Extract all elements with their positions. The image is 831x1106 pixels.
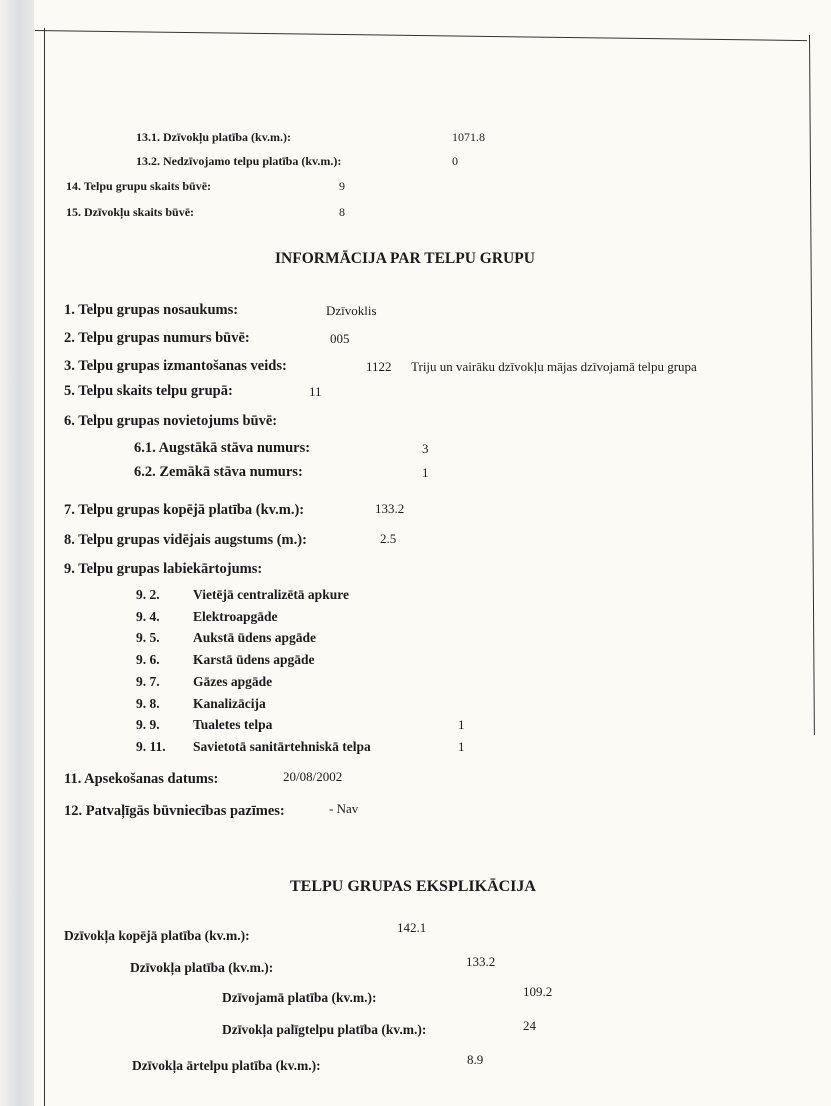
field-label: 2. Telpu grupas numurs būvē: xyxy=(64,330,250,346)
field-value: 142.1 xyxy=(397,920,426,936)
field-12: 12. Patvaļīgās būvniecības pazīmes: - Na… xyxy=(64,803,285,820)
amenity-item: 9. 11.Savietotā sanitārtehniskā telpa1 xyxy=(136,739,371,755)
amenity-number: 9. 9. xyxy=(136,717,193,733)
field-value: 8 xyxy=(339,205,345,220)
amenity-label: Savietotā sanitārtehniskā telpa xyxy=(193,739,371,754)
field-label: 6.1. Augstākā stāva numurs: xyxy=(134,440,310,456)
field-label: Dzīvokļa platība (kv.m.): xyxy=(130,960,273,975)
field-value: 20/08/2002 xyxy=(283,769,342,785)
field-7: 7. Telpu grupas kopējā platība (kv.m.): … xyxy=(64,502,304,519)
field-value: 1 xyxy=(422,465,429,481)
field-label: 12. Patvaļīgās būvniecības pazīmes: xyxy=(64,803,285,819)
amenity-label: Gāzes apgāde xyxy=(193,674,272,689)
amenity-number: 9. 7. xyxy=(136,674,193,690)
amenity-label: Elektroapgāde xyxy=(193,609,278,624)
field-6-1: 6.1. Augstākā stāva numurs: 3 xyxy=(134,440,310,457)
amenity-item: 9. 4.Elektroapgāde xyxy=(136,609,278,625)
field-6: 6. Telpu grupas novietojums būvē: xyxy=(64,413,277,430)
amenity-item: 9. 9.Tualetes telpa1 xyxy=(136,717,272,733)
amenity-item: 9. 5.Aukstā ūdens apgāde xyxy=(136,630,316,646)
field-14: 14. Telpu grupu skaits būvē: 9 xyxy=(66,179,211,194)
field-auxiliary-area: Dzīvokļa palīgtelpu platība (kv.m.): 24 xyxy=(222,1022,426,1038)
amenity-number: 9. 11. xyxy=(136,739,193,755)
amenity-number: 9. 5. xyxy=(136,630,193,646)
field-5: 5. Telpu skaits telpu grupā: 11 xyxy=(64,383,233,400)
field-label: 14. Telpu grupu skaits būvē: xyxy=(66,179,211,193)
amenity-count: 1 xyxy=(458,739,465,755)
amenity-number: 9. 4. xyxy=(136,609,193,625)
field-label: 7. Telpu grupas kopējā platība (kv.m.): xyxy=(64,502,304,518)
amenity-number: 9. 8. xyxy=(136,696,193,712)
field-3: 3. Telpu grupas izmantošanas veids: 1122… xyxy=(64,358,287,375)
field-label: Dzīvokļa ārtelpu platība (kv.m.): xyxy=(132,1058,321,1073)
field-9: 9. Telpu grupas labiekārtojums: xyxy=(64,561,262,578)
field-label: 13.2. Nedzīvojamo telpu platība (kv.m.): xyxy=(136,154,341,168)
amenity-label: Vietējā centralizētā apkure xyxy=(193,587,349,602)
field-label: 9. Telpu grupas labiekārtojums: xyxy=(64,561,262,577)
amenity-count: 1 xyxy=(458,717,465,733)
amenity-number: 9. 6. xyxy=(136,652,193,668)
field-value: 133.2 xyxy=(466,954,495,970)
scan-edge xyxy=(0,0,34,1106)
field-13-1: 13.1. Dzīvokļu platība (kv.m.): 1071.8 xyxy=(136,130,291,145)
page-frame-left xyxy=(44,28,45,1106)
field-value: 133.2 xyxy=(375,501,404,517)
field-1: 1. Telpu grupas nosaukums: Dzīvoklis xyxy=(64,302,238,319)
amenity-item: 9. 6.Karstā ūdens apgāde xyxy=(136,652,315,668)
amenity-item: 9. 7.Gāzes apgāde xyxy=(136,674,272,690)
amenity-label: Aukstā ūdens apgāde xyxy=(193,630,316,645)
amenity-number: 9. 2. xyxy=(136,587,193,603)
field-value: 3 xyxy=(422,441,429,457)
field-label: Dzīvokļa kopējā platība (kv.m.): xyxy=(64,928,250,943)
field-value: Dzīvoklis xyxy=(326,303,377,319)
field-value: Triju un vairāku dzīvokļu mājas dzīvojam… xyxy=(411,359,697,375)
field-8: 8. Telpu grupas vidējais augstums (m.): … xyxy=(64,532,307,549)
field-label: 6. Telpu grupas novietojums būvē: xyxy=(64,413,277,429)
field-value: 005 xyxy=(330,331,350,347)
field-label: 5. Telpu skaits telpu grupā: xyxy=(64,383,233,399)
field-2: 2. Telpu grupas numurs būvē: 005 xyxy=(64,330,250,347)
amenity-label: Kanalizācija xyxy=(193,696,266,711)
field-label: 13.1. Dzīvokļu platība (kv.m.): xyxy=(136,130,291,144)
field-value: 109.2 xyxy=(523,984,552,1000)
field-label: Dzīvokļa palīgtelpu platība (kv.m.): xyxy=(222,1022,426,1037)
amenity-item: 9. 2.Vietējā centralizētā apkure xyxy=(136,587,349,603)
section-heading-group-info: INFORMĀCIJA PAR TELPU GRUPU xyxy=(275,250,535,268)
field-label: 8. Telpu grupas vidējais augstums (m.): xyxy=(64,532,307,548)
field-label: 15. Dzīvokļu skaits būvē: xyxy=(66,205,194,219)
field-13-2: 13.2. Nedzīvojamo telpu platība (kv.m.):… xyxy=(136,154,341,169)
field-label: 1. Telpu grupas nosaukums: xyxy=(64,302,238,318)
amenity-item: 9. 8.Kanalizācija xyxy=(136,696,266,712)
field-value: 1071.8 xyxy=(452,130,485,145)
field-flat-area: Dzīvokļa platība (kv.m.): 133.2 xyxy=(130,960,273,976)
field-value: 9 xyxy=(339,179,345,194)
field-value: 2.5 xyxy=(380,531,396,547)
field-value: 11 xyxy=(309,384,322,400)
field-value: 0 xyxy=(452,154,458,169)
field-outdoor-area: Dzīvokļa ārtelpu platība (kv.m.): 8.9 xyxy=(132,1058,321,1074)
field-label: 3. Telpu grupas izmantošanas veids: xyxy=(64,358,287,374)
section-heading-explication: TELPU GRUPAS EKSPLIKĀCIJA xyxy=(290,878,536,896)
field-value: - Nav xyxy=(329,801,358,817)
field-code: 1122 xyxy=(366,359,392,375)
field-label: 6.2. Zemākā stāva numurs: xyxy=(134,464,303,480)
field-total-area: Dzīvokļa kopējā platība (kv.m.): 142.1 xyxy=(64,928,250,944)
amenity-label: Karstā ūdens apgāde xyxy=(193,652,315,667)
field-value: 24 xyxy=(523,1018,536,1034)
amenity-label: Tualetes telpa xyxy=(193,717,272,732)
field-6-2: 6.2. Zemākā stāva numurs: 1 xyxy=(134,464,303,481)
field-value: 8.9 xyxy=(467,1052,483,1068)
field-11: 11. Apsekošanas datums: 20/08/2002 xyxy=(64,771,218,788)
field-label: 11. Apsekošanas datums: xyxy=(64,771,218,787)
field-label: Dzīvojamā platība (kv.m.): xyxy=(222,990,377,1005)
field-15: 15. Dzīvokļu skaits būvē: 8 xyxy=(66,205,194,220)
field-living-area: Dzīvojamā platība (kv.m.): 109.2 xyxy=(222,990,377,1006)
